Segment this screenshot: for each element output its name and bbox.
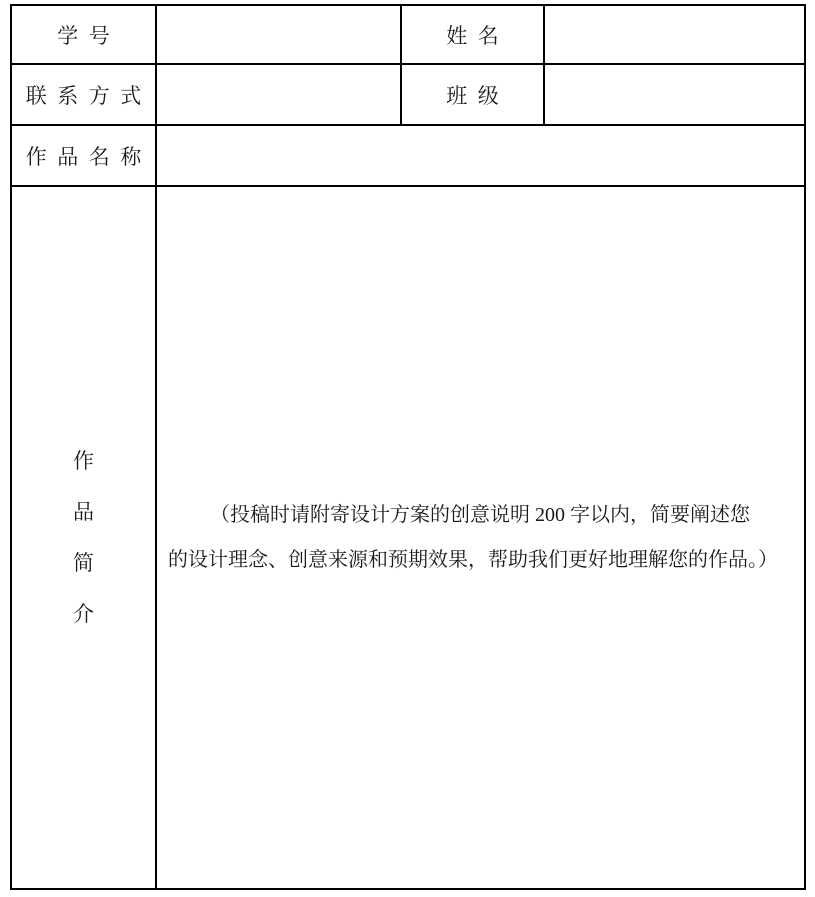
name-label-cell: 姓名 bbox=[402, 6, 545, 65]
contact-value-cell[interactable] bbox=[157, 65, 402, 126]
student-id-label: 学号 bbox=[47, 20, 121, 50]
work-intro-note-line-1: （投稿时请附寄设计方案的创意说明 200 字以内，简要阐述您 bbox=[168, 493, 793, 538]
work-title-value-cell[interactable] bbox=[157, 126, 804, 187]
student-id-label-cell: 学号 bbox=[12, 6, 157, 65]
work-intro-label-char: 介 bbox=[73, 604, 94, 625]
name-label: 姓名 bbox=[436, 20, 510, 50]
work-intro-label-char: 作 bbox=[73, 451, 94, 472]
class-label-cell: 班级 bbox=[402, 65, 545, 126]
work-title-label: 作品名称 bbox=[15, 141, 152, 171]
student-id-value-cell[interactable] bbox=[157, 6, 402, 65]
work-intro-label-cell: 作 品 简 介 bbox=[12, 187, 157, 888]
contact-label: 联系方式 bbox=[15, 80, 152, 110]
work-intro-label-char: 简 bbox=[73, 553, 94, 574]
work-intro-value-cell[interactable]: （投稿时请附寄设计方案的创意说明 200 字以内，简要阐述您 的设计理念、创意来… bbox=[157, 187, 804, 888]
contact-label-cell: 联系方式 bbox=[12, 65, 157, 126]
submission-form-table: 学号 姓名 联系方式 班级 作品名称 作 品 简 介 （投稿时请附寄设计方案的创… bbox=[10, 4, 806, 890]
work-intro-note-line-2: 的设计理念、创意来源和预期效果，帮助我们更好地理解您的作品。） bbox=[168, 538, 793, 583]
class-label: 班级 bbox=[436, 80, 510, 110]
document-page: { "colors": { "background": "#ffffff", "… bbox=[0, 0, 815, 897]
work-intro-label-char: 品 bbox=[73, 502, 94, 523]
name-value-cell[interactable] bbox=[545, 6, 804, 65]
work-title-label-cell: 作品名称 bbox=[12, 126, 157, 187]
class-value-cell[interactable] bbox=[545, 65, 804, 126]
